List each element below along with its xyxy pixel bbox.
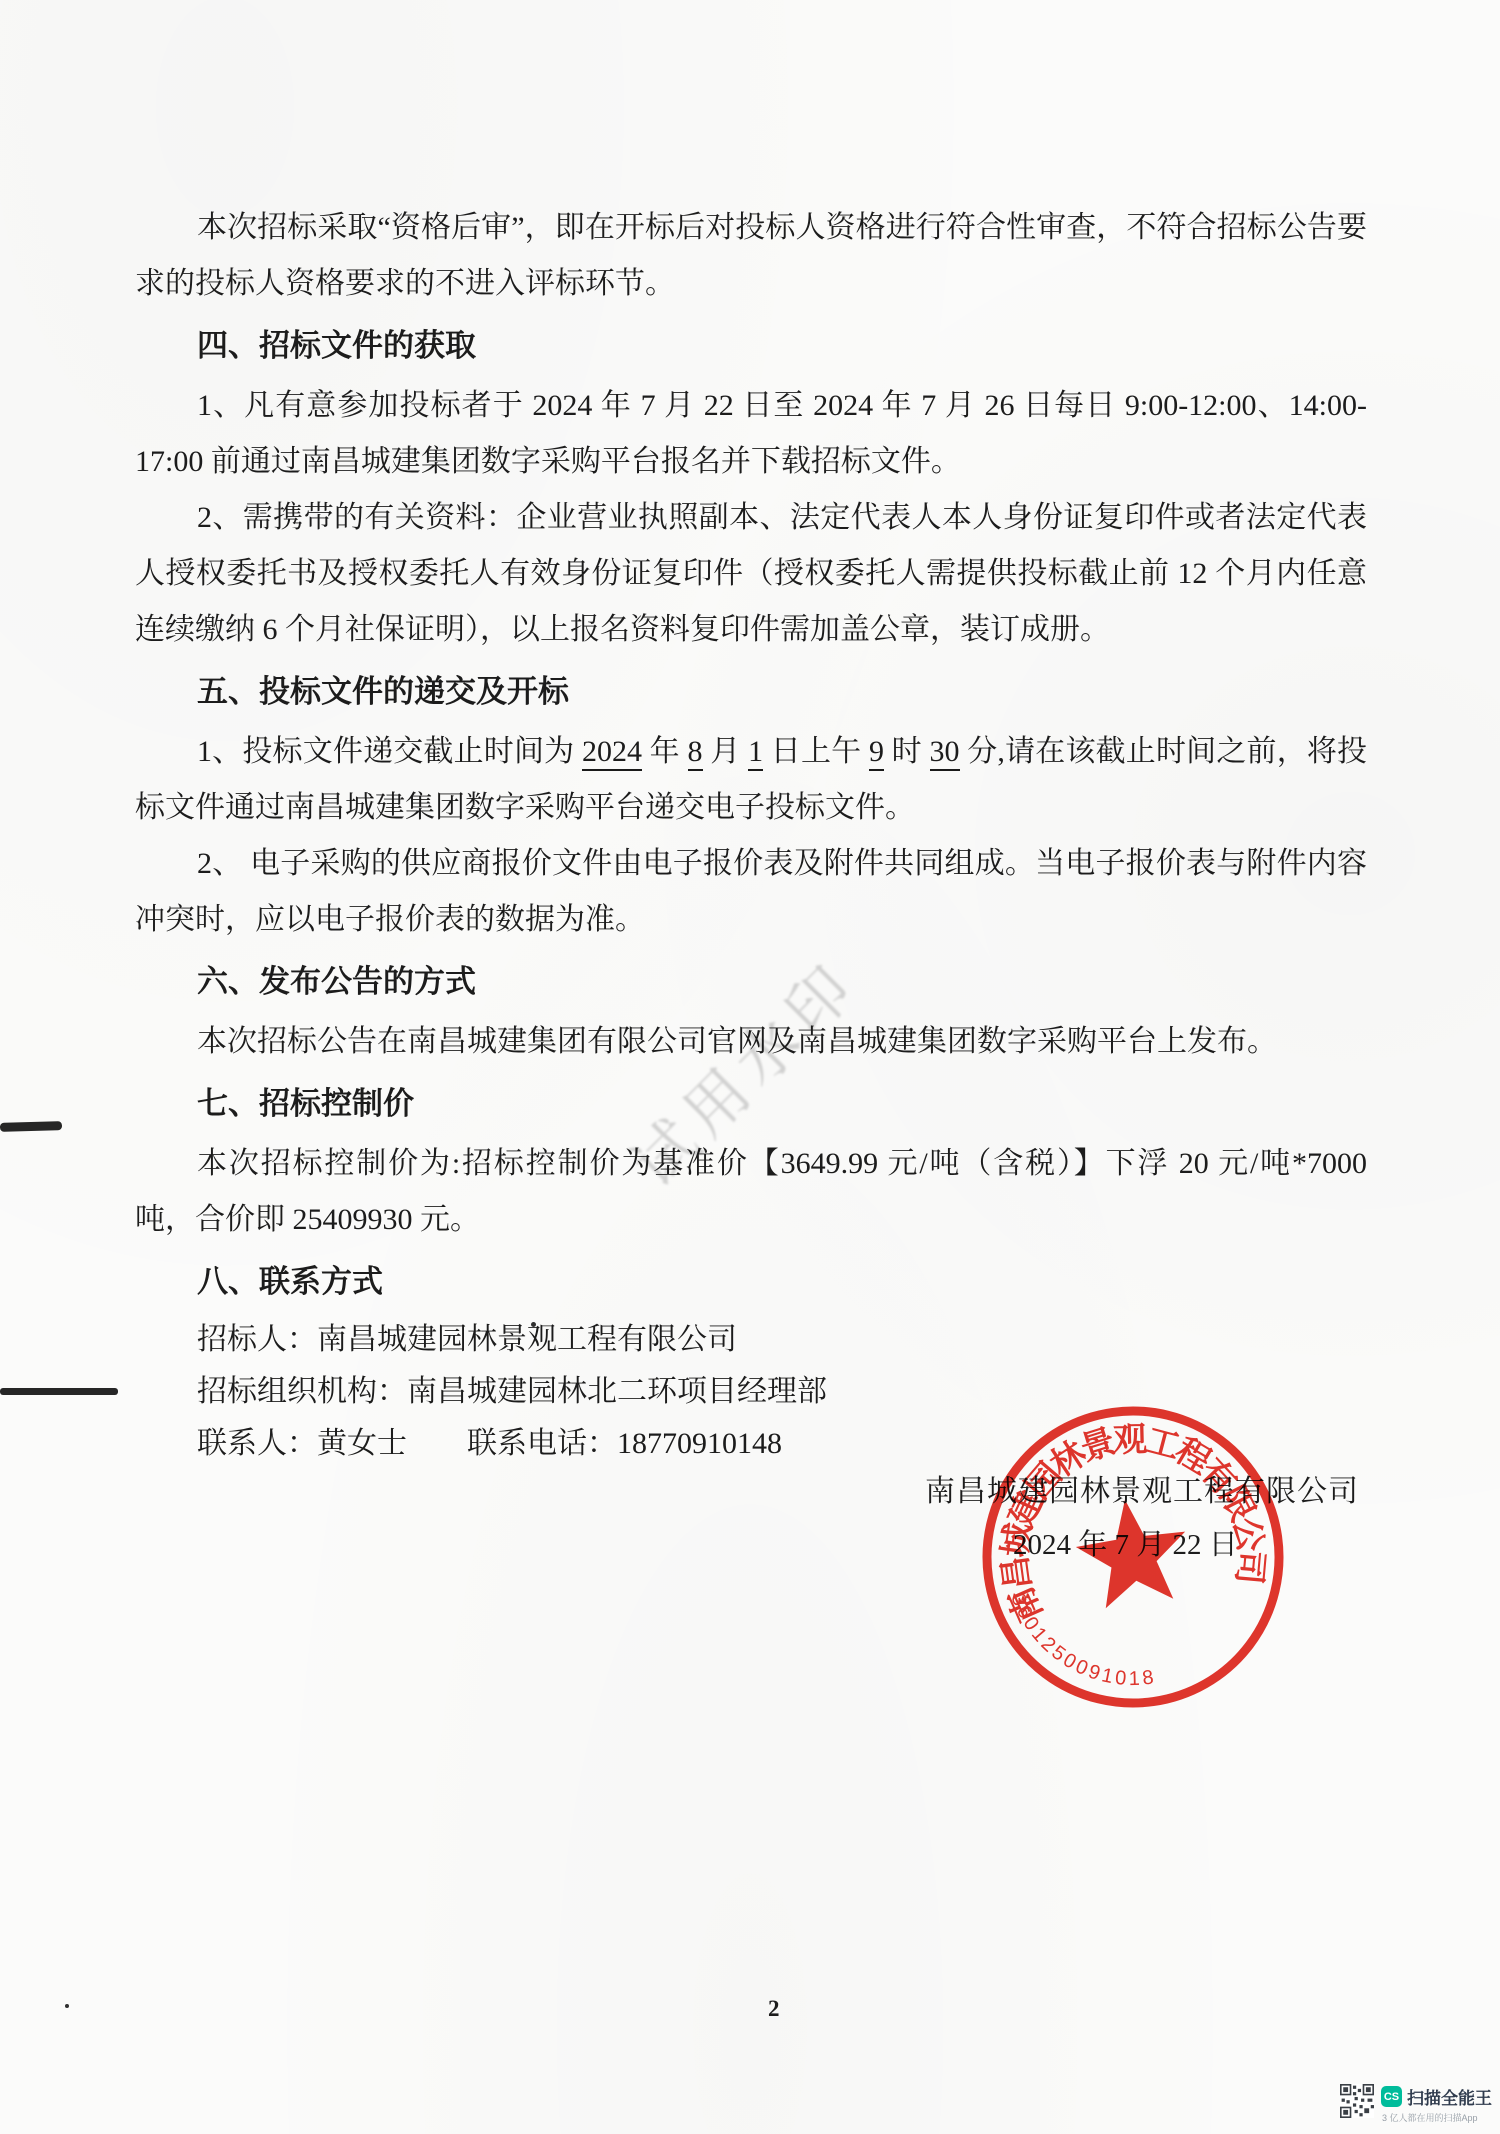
paragraph: 2、需携带的有关资料：企业营业执照副本、法定代表人本人身份证复印件或者法定代表人… (135, 490, 1367, 658)
section-heading: 六、发布公告的方式 (135, 954, 1367, 1010)
text-run: 月 (703, 735, 749, 768)
section-heading: 八、联系方式 (135, 1254, 1367, 1310)
scan-artifact-smudge (0, 1388, 118, 1395)
paragraph: 1、投标文件递交截止时间为 2024 年 8 月 1 日上午 9 时 30 分,… (135, 724, 1367, 836)
text-run: 时 (884, 735, 930, 768)
stamp-star (1070, 1492, 1194, 1611)
page-number: 2 (768, 1996, 780, 2022)
underlined-text: 30 (930, 735, 960, 771)
contact-line: 招标人：南昌城建园林景观工程有限公司 (135, 1314, 1367, 1366)
scanner-app-name: 扫描全能王 (1407, 2084, 1492, 2109)
text-run: 招标组织机构：南昌城建园林北二环项目经理部 (197, 1375, 827, 1408)
paragraph: 本次招标公告在南昌城建集团有限公司官网及南昌城建集团数字采购平台上发布。 (135, 1014, 1367, 1070)
paragraph: 本次招标采取“资格后审”，即在开标后对投标人资格进行符合性审查，不符合招标公告要… (135, 200, 1367, 312)
scanner-app-tagline: 3 亿人都在用的扫描App (1381, 2111, 1492, 2124)
text-run: 六、发布公告的方式 (197, 964, 476, 999)
text-run: 本次招标公告在南昌城建集团有限公司官网及南昌城建集团数字采购平台上发布。 (197, 1025, 1277, 1058)
text-run: 2、需携带的有关资料：企业营业执照副本、法定代表人本人身份证复印件或者法定代表人… (135, 501, 1367, 646)
text-run: 本次招标控制价为:招标控制价为基准价【3649.99 元/吨（含税）】下浮 20… (135, 1147, 1367, 1236)
text-run: 本次招标采取“资格后审”，即在开标后对投标人资格进行符合性审查，不符合招标公告要… (135, 211, 1367, 300)
scan-artifact-smudge (0, 1121, 62, 1132)
text-run: 四、招标文件的获取 (197, 328, 476, 363)
text-run: 日上午 (763, 735, 869, 768)
underlined-text: 1 (748, 735, 763, 771)
text-run: 五、投标文件的递交及开标 (197, 674, 569, 709)
section-heading: 五、投标文件的递交及开标 (135, 664, 1367, 720)
scan-artifact-dot (65, 2004, 69, 2008)
text-run: 联系人：黄女士 联系电话：18770910148 (197, 1427, 782, 1460)
paragraph: 2、 电子采购的供应商报价文件由电子报价表及附件共同组成。当电子报价表与附件内容… (135, 836, 1367, 948)
company-seal-stamp: 南昌城建园林景观工程有限公司 3601250091018 (941, 1365, 1325, 1749)
underlined-text: 8 (688, 735, 703, 771)
text-run: 1、凡有意参加投标者于 2024 年 7 月 22 日至 2024 年 7 月 … (135, 389, 1367, 478)
scanner-app-badge: CS 扫描全能王 3 亿人都在用的扫描App (1340, 2084, 1492, 2124)
scanned-document-page: 试用水印 本次招标采取“资格后审”，即在开标后对投标人资格进行符合性审查，不符合… (0, 0, 1500, 2134)
document-body: 本次招标采取“资格后审”，即在开标后对投标人资格进行符合性审查，不符合招标公告要… (135, 200, 1367, 1470)
underlined-text: 9 (869, 735, 884, 771)
paragraph: 本次招标控制价为:招标控制价为基准价【3649.99 元/吨（含税）】下浮 20… (135, 1136, 1367, 1248)
text-run: 1、投标文件递交截止时间为 (197, 735, 582, 768)
text-run: 八、联系方式 (197, 1264, 383, 1299)
qr-code-icon (1340, 2084, 1374, 2118)
scan-artifact-dot (531, 1322, 536, 1327)
camscanner-app-icon: CS (1381, 2086, 1402, 2107)
underlined-text: 2024 (582, 735, 642, 771)
section-heading: 四、招标文件的获取 (135, 318, 1367, 374)
text-run: 2、 电子采购的供应商报价文件由电子报价表及附件共同组成。当电子报价表与附件内容… (135, 847, 1367, 936)
text-run: 年 (642, 735, 688, 768)
paragraph: 1、凡有意参加投标者于 2024 年 7 月 22 日至 2024 年 7 月 … (135, 378, 1367, 490)
section-heading: 七、招标控制价 (135, 1076, 1367, 1132)
text-run: 招标人：南昌城建园林景观工程有限公司 (197, 1323, 737, 1356)
text-run: 七、招标控制价 (197, 1086, 414, 1121)
